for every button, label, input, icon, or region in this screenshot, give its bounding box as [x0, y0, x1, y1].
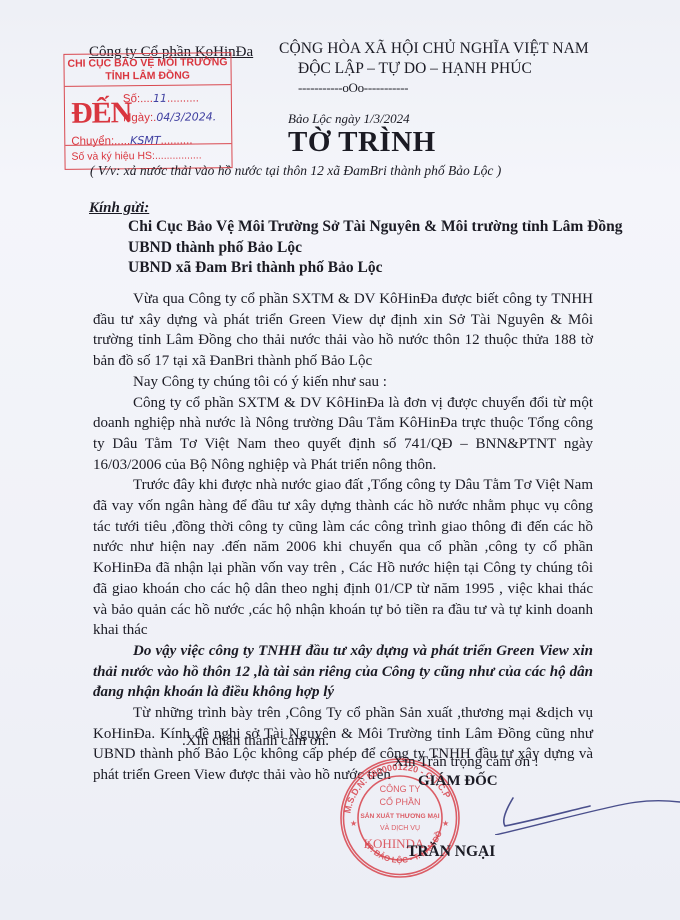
- svg-text:★: ★: [442, 819, 449, 828]
- stamp-number: Số:....11..........: [123, 91, 199, 105]
- stamp-header: CHI CỤC BẢO VỆ MÔI TRƯỜNG TỈNH LÂM ĐỒNG: [64, 53, 230, 87]
- recipient-item: UBND xã Đam Bri thành phố Bảo Lộc: [128, 259, 383, 277]
- body-paragraph: Nay Công ty chúng tôi có ý kiến như sau …: [93, 372, 593, 393]
- svg-text:★: ★: [350, 819, 357, 828]
- stamp-transfer-dots: ..........: [160, 135, 192, 147]
- closing-thanks: .Xin chân thành cám ơn.: [182, 733, 329, 750]
- stamp-transfer: Chuyển:.....KSMT..........: [71, 134, 192, 148]
- signature-icon: [495, 790, 680, 835]
- body-paragraph: Trước đây khi được nhà nước giao đất ,Tổ…: [93, 475, 593, 641]
- received-stamp: CHI CỤC BẢO VỆ MÔI TRƯỜNG TỈNH LÂM ĐỒNG …: [63, 52, 232, 170]
- stamp-date-value: 04/3/2024.: [156, 110, 216, 124]
- stamp-date: Ngày:.04/3/2024.: [123, 110, 216, 124]
- svg-text:CÔNG TY: CÔNG TY: [380, 784, 421, 794]
- document-page: Công ty Cổ phần KoHinĐa CỘNG HÒA XÃ HỘI …: [0, 0, 680, 920]
- national-motto-line1: CỘNG HÒA XÃ HỘI CHỦ NGHĨA VIỆT NAM: [279, 40, 589, 58]
- signer-position: GIÁM ĐỐC: [418, 773, 498, 790]
- stamp-transfer-label: Chuyển:.....: [71, 135, 130, 148]
- stamp-number-label: Số:....: [123, 93, 153, 105]
- body-paragraph: Công ty cổ phần SXTM & DV KôHinĐa là đơn…: [93, 393, 593, 476]
- body-paragraph-conclusion: Do vậy việc công ty TNHH đầu tư xây dựng…: [93, 641, 593, 703]
- stamp-number-dots: ..........: [167, 92, 199, 104]
- svg-text:CỔ PHẦN: CỔ PHẦN: [379, 796, 420, 807]
- stamp-org-line2: TỈNH LÂM ĐỒNG: [65, 69, 231, 84]
- stamp-body: ĐẾN Số:....11.......... Ngày:.04/3/2024.…: [65, 85, 232, 159]
- place-date: Bảo Lộc ngày 1/3/2024: [288, 111, 410, 127]
- stamp-date-label: Ngày:.: [123, 112, 156, 124]
- signer-name: TRẦN NGẠI: [407, 843, 495, 861]
- closing-regards: Xin Trân trọng cám ơn !: [393, 754, 539, 771]
- svg-text:SẢN XUẤT THƯƠNG MẠI: SẢN XUẤT THƯƠNG MẠI: [360, 810, 439, 820]
- svg-text:VÀ DỊCH VỤ: VÀ DỊCH VỤ: [380, 823, 420, 832]
- document-subject: ( V/v: xả nước thải vào hồ nước tại thôn…: [90, 163, 501, 179]
- recipient-item: UBND thành phố Bảo Lộc: [128, 239, 302, 257]
- document-title: TỜ TRÌNH: [288, 126, 436, 159]
- stamp-transfer-value: KSMT: [130, 134, 161, 147]
- recipients-label: Kính gửi:: [89, 200, 149, 217]
- stamp-org-line1: CHI CỤC BẢO VỆ MÔI TRƯỜNG: [64, 56, 230, 71]
- stamp-number-value: 11: [153, 92, 167, 105]
- body-paragraph: Vừa qua Công ty cổ phần SXTM & DV KôHinĐ…: [93, 289, 593, 372]
- stamp-file-ref: Số và ký hiệu HS:................: [71, 149, 201, 162]
- national-motto-line2: ĐỘC LẬP – TỰ DO – HẠNH PHÚC: [298, 60, 532, 78]
- motto-divider: -----------oOo-----------: [298, 80, 408, 96]
- recipient-item: Chi Cục Bảo Vệ Môi Trường Sở Tài Nguyên …: [128, 218, 622, 236]
- document-body: Vừa qua Công ty cổ phần SXTM & DV KôHinĐ…: [93, 289, 593, 786]
